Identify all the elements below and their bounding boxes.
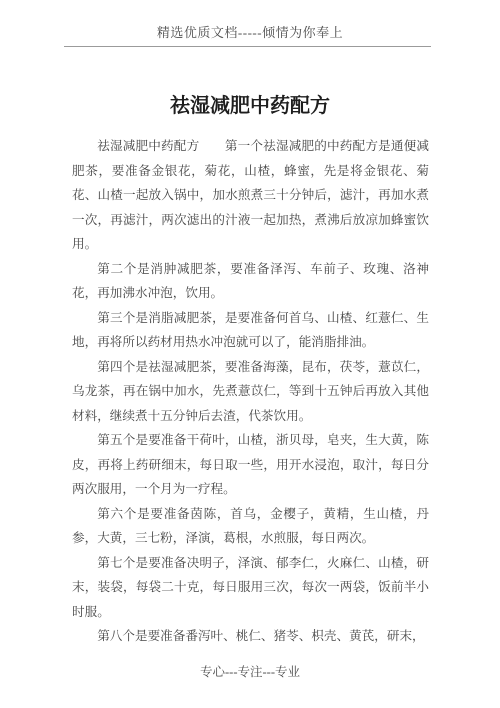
header-banner-text: 精选优质文档-----倾情为你奉上	[0, 22, 500, 41]
paragraph-3: 第三个是消脂减肥茶，是要准备何首乌、山楂、红薏仁、生地，再将所以药材用热水冲泡就…	[72, 306, 429, 355]
footer-text: 专心---专注---专业	[0, 662, 500, 680]
paragraph-5: 第五个是要准备干荷叶，山楂，浙贝母，皂夹，生大黄，陈皮，再将上药研细末，每日取一…	[72, 428, 429, 502]
document-title: 祛湿减肥中药配方	[0, 89, 500, 118]
paragraph-7: 第七个是要准备决明子，泽演、郁李仁，火麻仁、山楂，研末，装袋，每袋二十克，每日服…	[72, 551, 429, 625]
document-body: 祛湿减肥中药配方 第一个祛湿减肥的中药配方是通便减肥茶，要准备金银花，菊花，山楂…	[72, 134, 429, 649]
paragraph-1: 祛湿减肥中药配方 第一个祛湿减肥的中药配方是通便减肥茶，要准备金银花，菊花，山楂…	[72, 134, 429, 257]
paragraph-4: 第四个是祛湿减肥茶，要准备海藻，昆布，茯苓，薏苡仁，乌龙茶，再在锅中加水，先煮薏…	[72, 355, 429, 429]
paragraph-8: 第八个是要准备番泻叶、桃仁、猪苓、枳壳、黄芪，研末，	[72, 624, 429, 649]
document-page: 精选优质文档-----倾情为你奉上 祛湿减肥中药配方 祛湿减肥中药配方 第一个祛…	[0, 0, 500, 708]
header-divider-line	[64, 46, 431, 47]
paragraph-2: 第二个是消肿减肥茶，要准备泽泻、车前子、玫瑰、洛神花，再加沸水冲泡，饮用。	[72, 257, 429, 306]
paragraph-6: 第六个是要准备茵陈，首乌，金樱子，黄精，生山楂，丹参，大黄，三七粉，泽演，葛根，…	[72, 502, 429, 551]
